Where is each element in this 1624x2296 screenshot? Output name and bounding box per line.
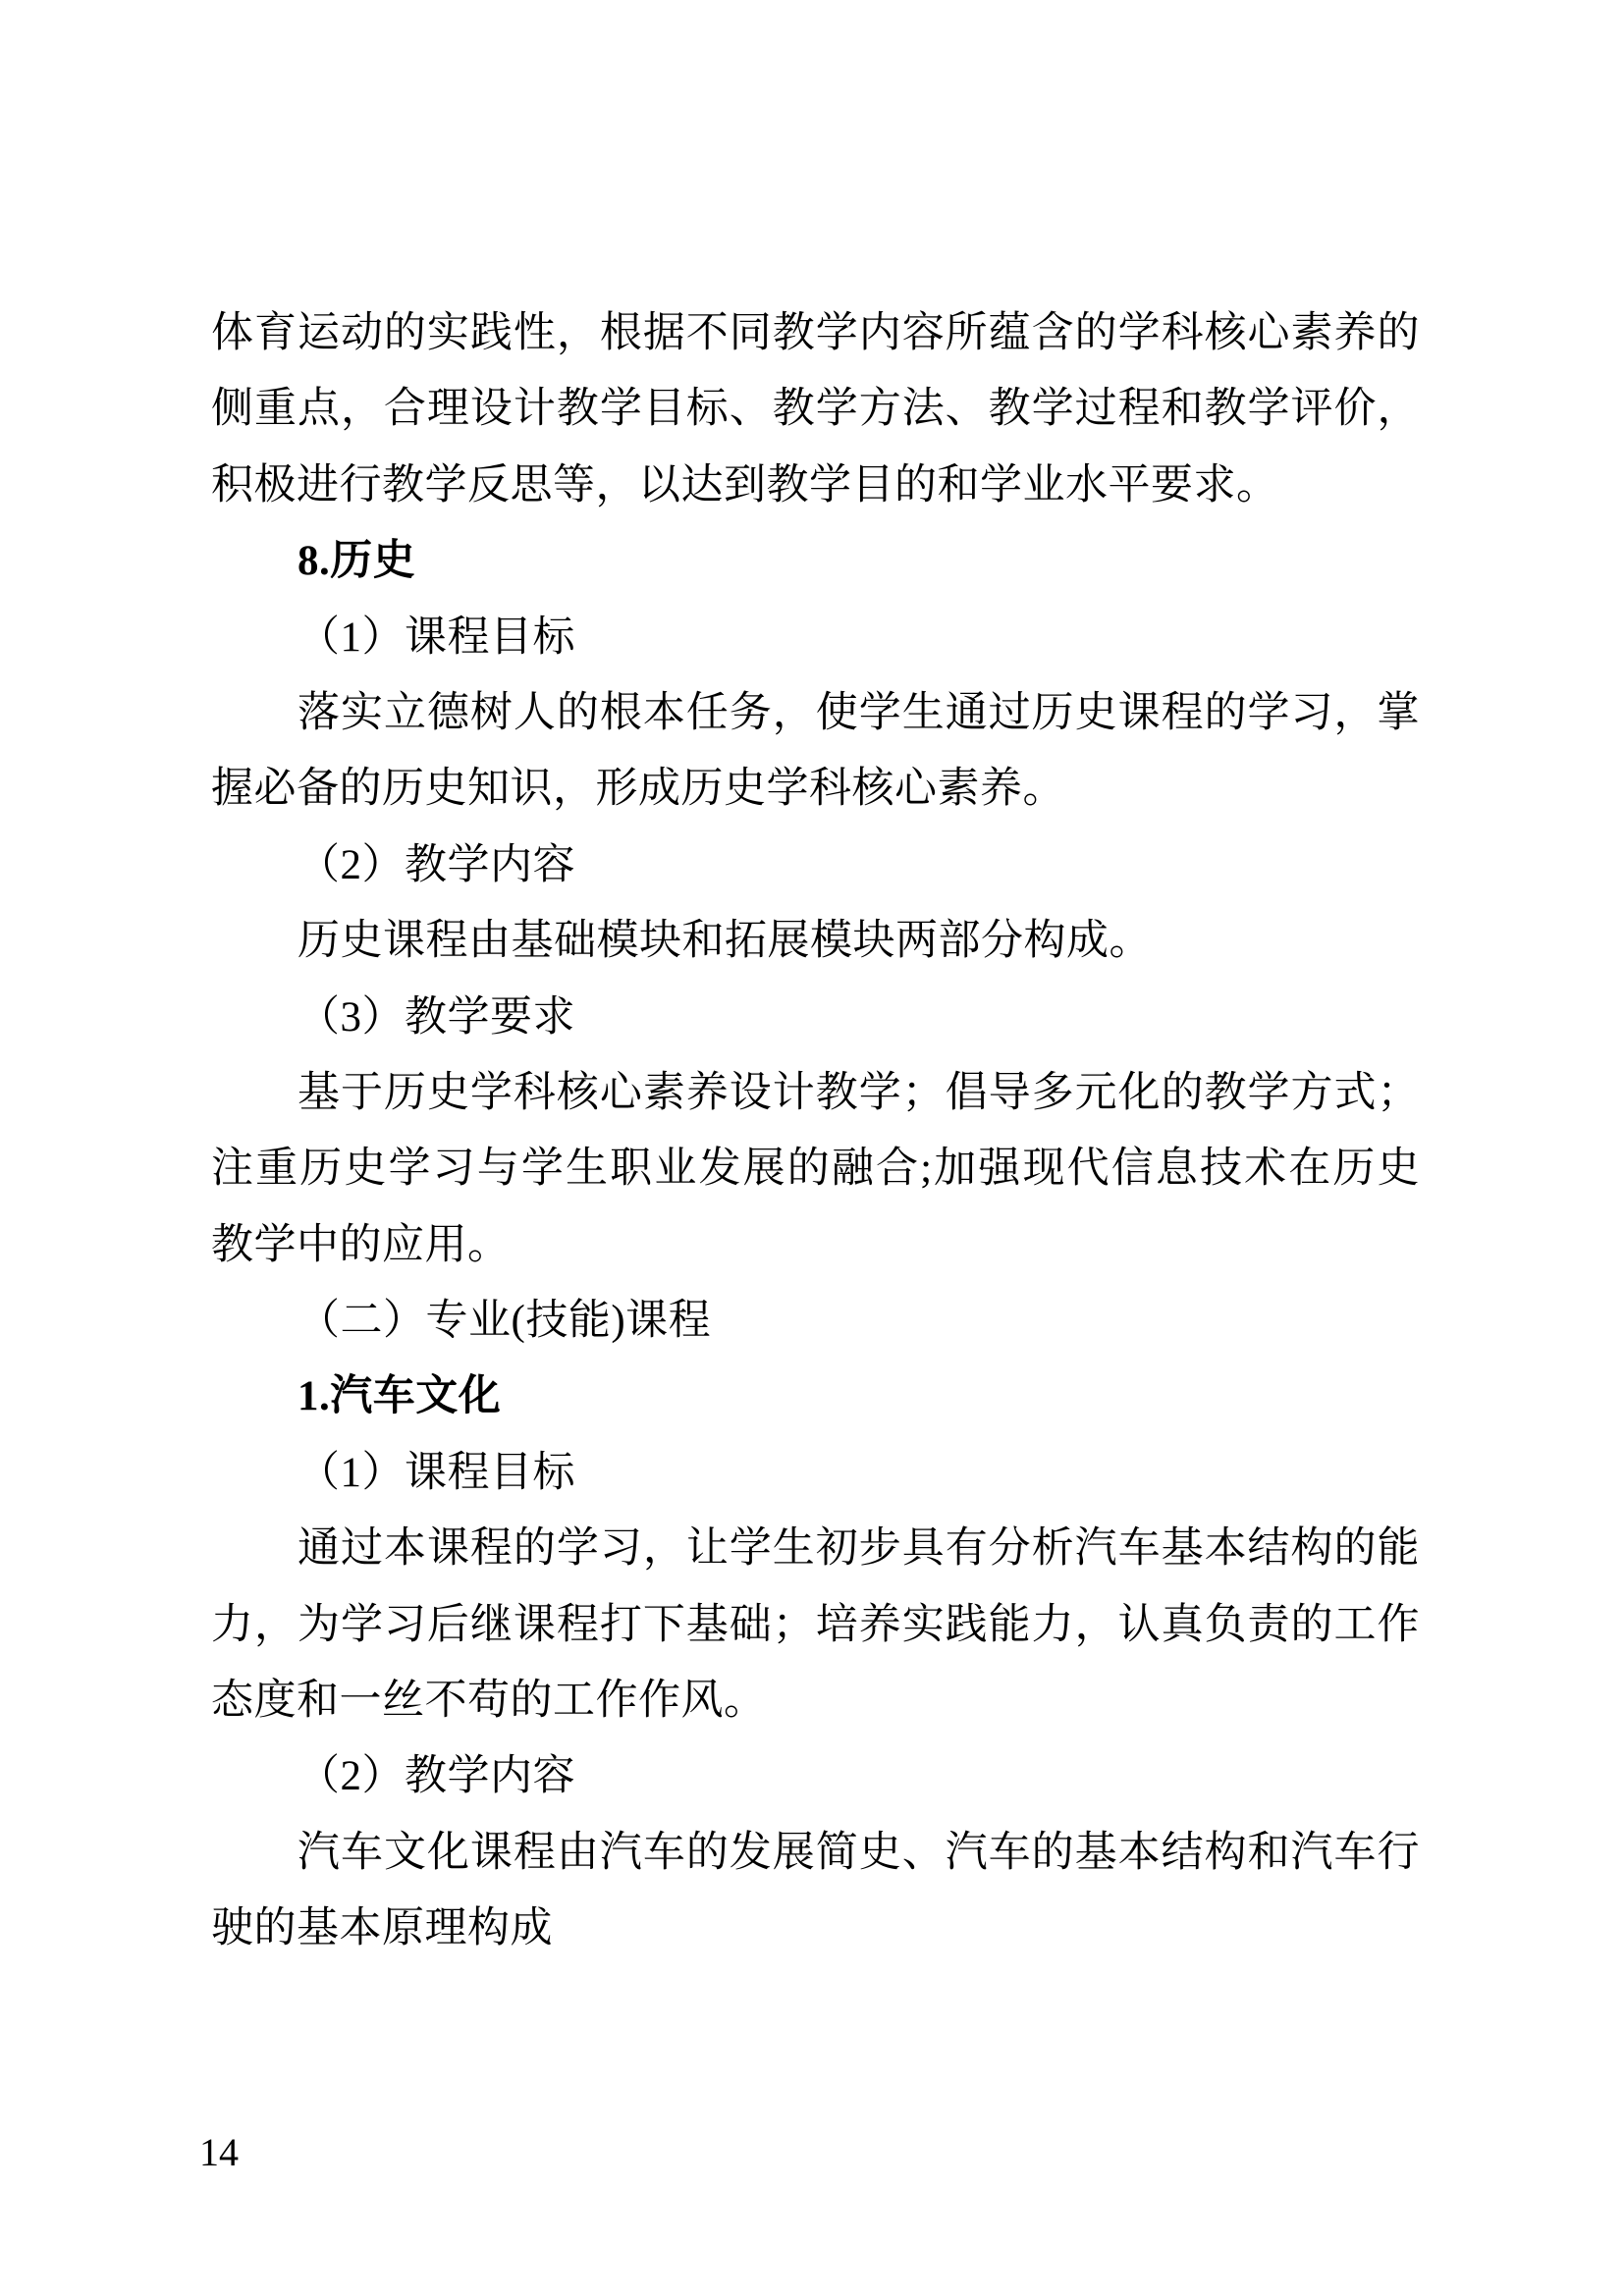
document-page: 体育运动的实践性，根据不同教学内容所蕴含的学科核心素养的 侧重点，合理设计教学目… (0, 0, 1624, 2296)
page-number: 14 (199, 2130, 239, 2175)
subheading-history-course-goal: （1）课程目标 (211, 600, 1420, 675)
para-auto-goal-line-2: 力，为学习后继课程打下基础；培养实践能力，认真负责的工作 (211, 1587, 1420, 1663)
heading-8-history: 8.历史 (211, 523, 1420, 599)
text-block: 体育运动的实践性，根据不同教学内容所蕴含的学科核心素养的 侧重点，合理设计教学目… (211, 295, 1420, 1967)
para-history-requirements-line-2: 注重历史学习与学生职业发展的融合;加强现代信息技术在历史 (211, 1131, 1420, 1206)
para-pe-requirements-line-1: 体育运动的实践性，根据不同教学内容所蕴含的学科核心素养的 (211, 295, 1420, 371)
para-history-goal-line-1: 落实立德树人的根本任务，使学生通过历史课程的学习，掌 (211, 675, 1420, 751)
subheading-history-requirements: （3）教学要求 (211, 980, 1420, 1055)
subheading-auto-course-goal: （1）课程目标 (211, 1435, 1420, 1511)
para-auto-goal-line-3: 态度和一丝不苟的工作作风。 (211, 1663, 1420, 1738)
para-history-goal-line-2: 握必备的历史知识，形成历史学科核心素养。 (211, 751, 1420, 827)
subheading-auto-content: （2）教学内容 (211, 1738, 1420, 1814)
para-auto-content-line-2: 驶的基本原理构成 (211, 1891, 1420, 1966)
para-auto-content-line-1: 汽车文化课程由汽车的发展简史、汽车的基本结构和汽车行 (211, 1815, 1420, 1891)
para-pe-requirements-line-3: 积极进行教学反思等，以达到教学目的和学业水平要求。 (211, 448, 1420, 523)
para-history-requirements-line-1: 基于历史学科核心素养设计教学；倡导多元化的教学方式； (211, 1055, 1420, 1131)
heading-1-auto-culture: 1.汽车文化 (211, 1359, 1420, 1434)
heading-section-2-major-courses: （二）专业(技能)课程 (211, 1283, 1420, 1359)
para-history-requirements-line-3: 教学中的应用。 (211, 1207, 1420, 1283)
para-history-content-line-1: 历史课程由基础模块和拓展模块两部分构成。 (211, 903, 1420, 979)
para-pe-requirements-line-2: 侧重点，合理设计教学目标、教学方法、教学过程和教学评价， (211, 371, 1420, 447)
para-auto-goal-line-1: 通过本课程的学习，让学生初步具有分析汽车基本结构的能 (211, 1511, 1420, 1586)
subheading-history-content: （2）教学内容 (211, 828, 1420, 903)
